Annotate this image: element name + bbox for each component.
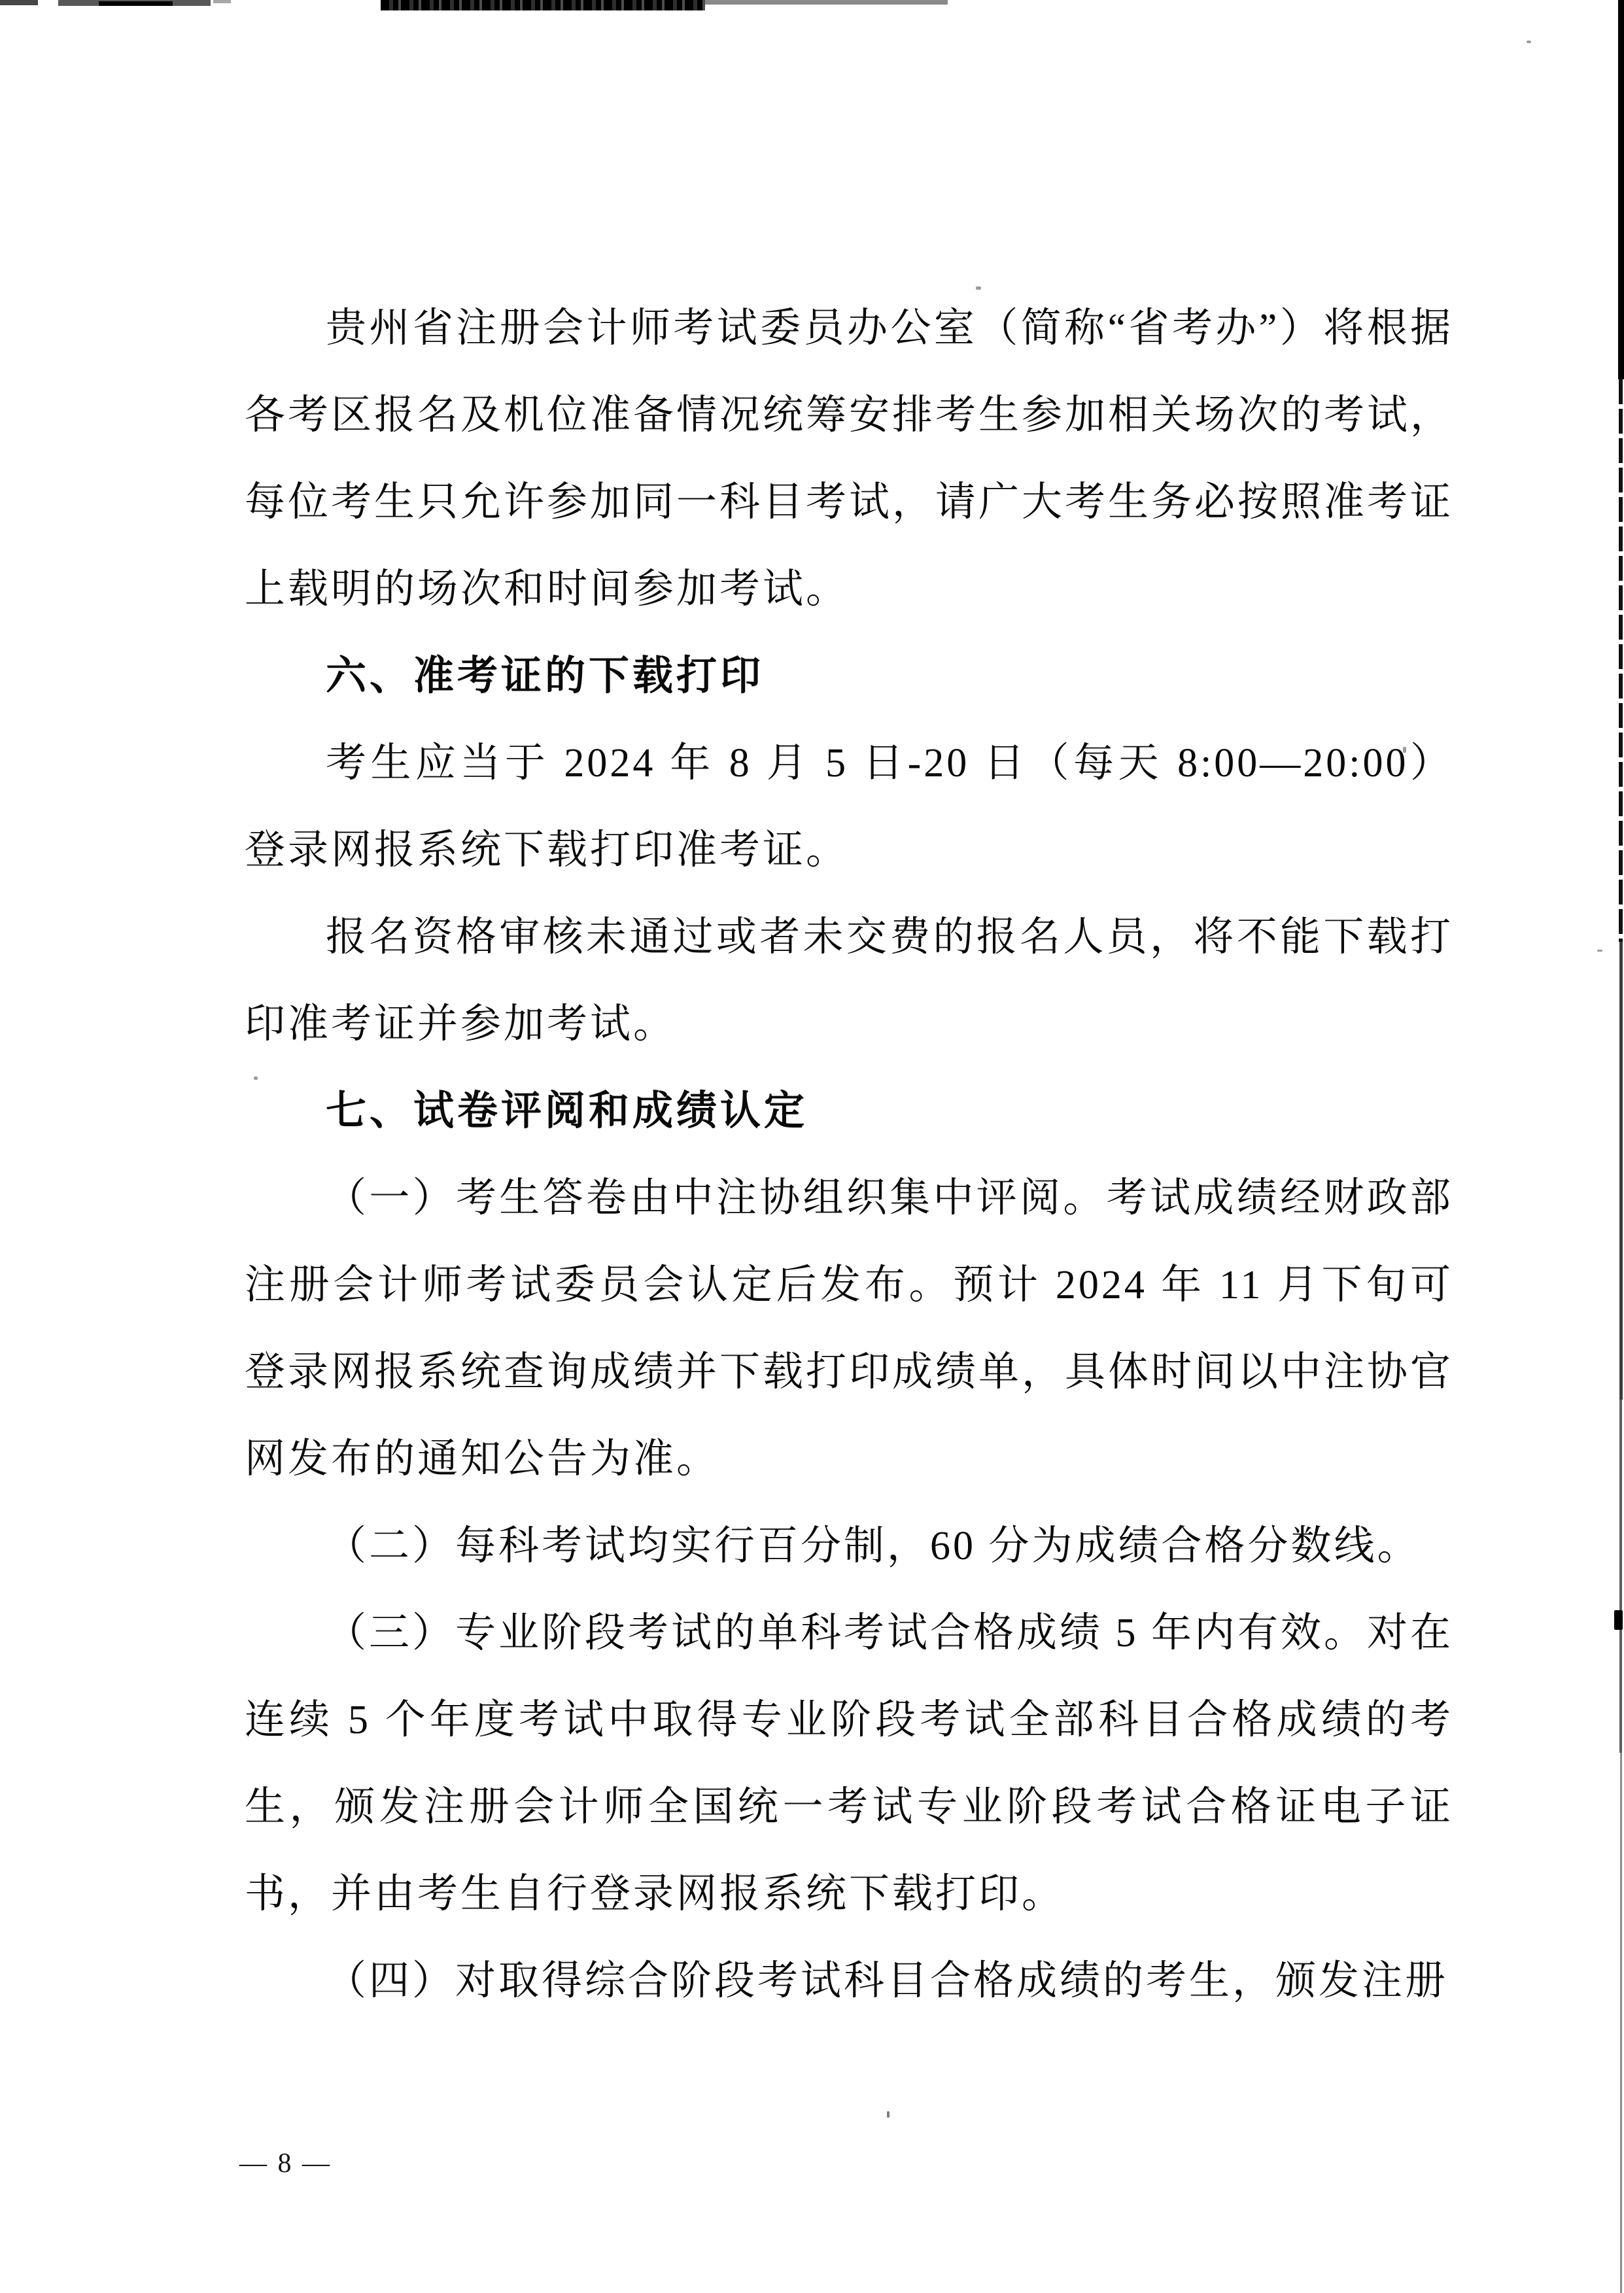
scan-artifact-right-edge bbox=[1619, 942, 1623, 1400]
scan-artifact-top-edge bbox=[58, 0, 211, 6]
scan-artifact-top-edge bbox=[705, 0, 948, 5]
scan-artifact-top-edge bbox=[99, 1, 173, 6]
scan-speck bbox=[1597, 950, 1602, 952]
paragraph-ticket-restriction: 报名资格审核未通过或者未交费的报名人员，将不能下载打印准考证并参加考试。 bbox=[245, 894, 1453, 1068]
scan-speck bbox=[1527, 41, 1531, 43]
scanned-document-page: { "document": { "paragraphs": [ { "style… bbox=[0, 0, 1624, 2293]
scan-artifact-right-edge bbox=[1619, 1400, 1622, 1753]
section-heading-6-admission-ticket: 六、准考证的下载打印 bbox=[245, 633, 1453, 720]
paragraph-comprehensive-stage: （四）对取得综合阶段考试科目合格成绩的考生，颁发注册 bbox=[245, 1938, 1453, 2025]
paragraph-passing-score: （二）每科考试均实行百分制，60 分为成绩合格分数线。 bbox=[245, 1503, 1453, 1590]
scan-artifact-right-edge bbox=[1618, 0, 1624, 379]
scan-speck bbox=[887, 2111, 890, 2118]
paragraph-session-arrangement: 贵州省注册会计师考试委员办公室（简称“省考办”）将根据各考区报名及机位准备情况统… bbox=[245, 285, 1453, 633]
scan-artifact-top-edge bbox=[381, 0, 705, 10]
page-number: — 8 — bbox=[239, 2148, 332, 2179]
scan-artifact-right-edge bbox=[1620, 1753, 1622, 2293]
paragraph-grading-release: （一）考生答卷由中注协组织集中评阅。考试成绩经财政部注册会计师考试委员会认定后发… bbox=[245, 1155, 1453, 1503]
paragraph-ticket-download-window: 考生应当于 2024 年 8 月 5 日-20 日（每天 8:00—20:00）… bbox=[245, 720, 1453, 894]
scan-artifact-right-edge bbox=[1614, 1610, 1623, 1630]
document-body: 贵州省注册会计师考试委员办公室（简称“省考办”）将根据各考区报名及机位准备情况统… bbox=[245, 285, 1453, 2025]
paragraph-professional-stage-validity: （三）专业阶段考试的单科考试合格成绩 5 年内有效。对在连续 5 个年度考试中取… bbox=[245, 1590, 1453, 1938]
scan-artifact-top-edge bbox=[213, 0, 231, 3]
section-heading-7-grading: 七、试卷评阅和成绩认定 bbox=[245, 1068, 1453, 1155]
scan-artifact-right-edge bbox=[1619, 379, 1623, 942]
scan-artifact-top-edge bbox=[0, 0, 38, 5]
